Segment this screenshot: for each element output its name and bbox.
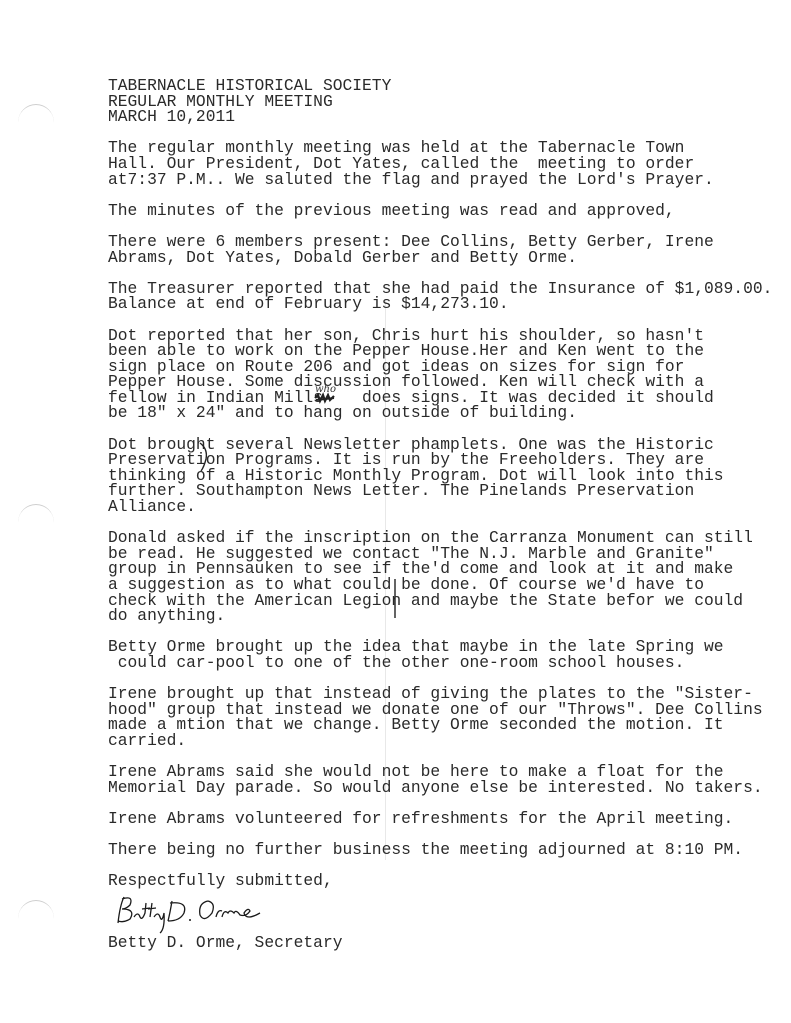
text-line: Memorial Day parade. So would anyone els… bbox=[108, 780, 788, 796]
meeting-minutes-document: TABERNACLE HISTORICAL SOCIETY REGULAR MO… bbox=[108, 78, 788, 950]
text-line: carried. bbox=[108, 733, 788, 749]
text-line: There being no further business the meet… bbox=[108, 842, 788, 858]
paragraph-carranza-monument: Donald asked if the inscription on the C… bbox=[108, 530, 788, 624]
handwritten-who-annotation: who bbox=[315, 382, 336, 398]
paragraph-car-pool: Betty Orme brought up the idea that mayb… bbox=[108, 639, 788, 670]
signatory-name-title: Betty D. Orme, Secretary bbox=[108, 935, 788, 951]
paragraph-minutes-approved: The minutes of the previous meeting was … bbox=[108, 203, 788, 219]
text-line: Irene Abrams volunteered for refreshment… bbox=[108, 811, 788, 827]
handwritten-bracket-mark bbox=[198, 441, 212, 473]
document-header: TABERNACLE HISTORICAL SOCIETY REGULAR MO… bbox=[108, 78, 788, 125]
text-line: do anything. bbox=[108, 608, 788, 624]
text-line: The minutes of the previous meeting was … bbox=[108, 203, 788, 219]
text-line: be 18" x 24" and to hang on outside of b… bbox=[108, 405, 788, 421]
paragraph-adjournment: There being no further business the meet… bbox=[108, 842, 788, 858]
text-line: made a mtion that we change. Betty Orme … bbox=[108, 717, 788, 733]
paragraph-memorial-day-float: Irene Abrams said she would not be here … bbox=[108, 764, 788, 795]
text-line: Balance at end of February is $14,273.10… bbox=[108, 296, 788, 312]
text-line: could car-pool to one of the other one-r… bbox=[108, 655, 788, 671]
signature-scrawl bbox=[112, 891, 272, 935]
meeting-date: MARCH 10,2011 bbox=[108, 109, 788, 125]
paragraph-sisterhood-motion: Irene brought up that instead of giving … bbox=[108, 686, 788, 748]
handwritten-signature bbox=[108, 889, 788, 935]
paragraph-attendance: There were 6 members present: Dee Collin… bbox=[108, 234, 788, 265]
hole-punch-mark-top bbox=[18, 104, 54, 141]
handwritten-insert-mark bbox=[391, 578, 399, 620]
hole-punch-mark-bottom bbox=[18, 900, 54, 937]
paragraph-pepper-house: Dot reported that her son, Chris hurt hi… bbox=[108, 328, 788, 422]
text-line: further. Southampton News Letter. The Pi… bbox=[108, 483, 788, 499]
text-line: at7:37 P.M.. We saluted the flag and pra… bbox=[108, 172, 788, 188]
paragraph-refreshments: Irene Abrams volunteered for refreshment… bbox=[108, 811, 788, 827]
paragraph-call-to-order: The regular monthly meeting was held at … bbox=[108, 140, 788, 187]
hole-punch-mark-middle bbox=[18, 504, 54, 541]
text-line: Abrams, Dot Yates, Dobald Gerber and Bet… bbox=[108, 250, 788, 266]
paragraph-treasurer-report: The Treasurer reported that she had paid… bbox=[108, 281, 788, 312]
closing-line: Respectfully submitted, bbox=[108, 873, 788, 889]
paragraph-newsletters: Dot brought several Newsletter phamplets… bbox=[108, 437, 788, 515]
text-line: Alliance. bbox=[108, 499, 788, 515]
